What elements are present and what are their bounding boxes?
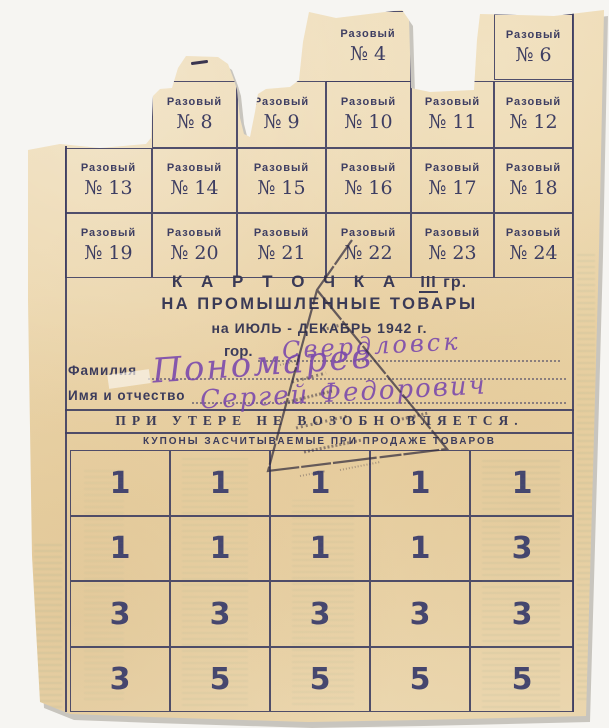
coupon-number: № 15 — [257, 177, 305, 199]
coupon-type-label: Разовый — [341, 227, 396, 239]
card-period: на ИЮЛЬ - ДЕКАБРЬ 1942 г. — [66, 320, 573, 336]
coupon-number: № 24 — [509, 242, 557, 264]
coupon-type-label: Разовый — [254, 227, 309, 239]
value-cell: 5 — [170, 647, 270, 712]
coupon-12: Разовый № 12 — [494, 81, 573, 148]
scanned-ration-card: Разовый № 4 Разовый № 6 Разовый № 8 Разо… — [0, 0, 609, 728]
coupon-10: Разовый № 10 — [326, 81, 411, 148]
value-cell: 5 — [470, 647, 574, 712]
coupon-number: № 12 — [509, 111, 557, 133]
value-cell: 1 — [370, 516, 470, 581]
coupon-type-label: Разовый — [506, 162, 561, 174]
coupon-number: № 19 — [84, 242, 132, 264]
value-cell: 3 — [70, 647, 170, 712]
coupon-type-label: Разовый — [506, 29, 561, 41]
coupon-number: № 6 — [515, 44, 551, 66]
value-cell: 1 — [70, 450, 170, 516]
coupon-type-label: Разовый — [506, 227, 561, 239]
coupon-number: № 8 — [176, 111, 212, 133]
coupon-type-label: Разовый — [340, 28, 395, 40]
pen-dash-mark — [191, 60, 208, 65]
coupon-number: № 11 — [428, 111, 476, 133]
value-cell: 1 — [270, 516, 370, 581]
value-cell: 1 — [370, 450, 470, 516]
card-left-border — [65, 146, 67, 712]
coupon-16: Разовый № 16 — [326, 148, 411, 213]
coupon-type-label: Разовый — [81, 162, 136, 174]
value-cell: 1 — [470, 450, 574, 516]
coupon-type-label: Разовый — [425, 162, 480, 174]
coupon-19: Разовый № 19 — [65, 213, 152, 278]
coupon-8: Разовый № 8 — [152, 81, 237, 148]
coupon-number: № 10 — [344, 111, 392, 133]
group-numeral: III — [419, 274, 437, 293]
coupon-4: Разовый № 4 — [326, 11, 411, 82]
name-patronymic-label: Имя и отчество — [68, 388, 186, 403]
notice-top-rule — [65, 409, 574, 411]
coupon-number: № 16 — [344, 177, 392, 199]
value-cell: 3 — [170, 581, 270, 647]
value-cell: 1 — [170, 516, 270, 581]
coupon-number: № 17 — [428, 177, 476, 199]
coupon-type-label: Разовый — [254, 162, 309, 174]
coupon-number: № 23 — [428, 242, 476, 264]
group-suffix: гр. — [443, 274, 467, 291]
coupon-number: № 22 — [344, 242, 392, 264]
coupon-number: № 18 — [509, 177, 557, 199]
coupon-11: Разовый № 11 — [411, 81, 494, 148]
coupon-17: Разовый № 17 — [411, 148, 494, 213]
ration-card-paper: Разовый № 4 Разовый № 6 Разовый № 8 Разо… — [0, 0, 609, 728]
bleed-through — [34, 540, 62, 708]
notice-not-renewable: ПРИ УТЕРЕ НЕ ВОЗОБНОВЛЯЕТСЯ. — [66, 413, 573, 429]
coupon-14: Разовый № 14 — [152, 148, 237, 213]
coupon-21: Разовый № 21 — [237, 213, 326, 278]
value-cell: 3 — [70, 581, 170, 647]
coupon-type-label: Разовый — [254, 96, 309, 108]
notice-coupons-counted: КУПОНЫ ЗАСЧИТЫВАЕМЫЕ ПРИ ПРОДАЖЕ ТОВАРОВ — [66, 436, 573, 447]
value-cell: 1 — [170, 450, 270, 516]
coupon-type-label: Разовый — [425, 96, 480, 108]
coupon-type-label: Разовый — [506, 96, 561, 108]
coupon-number: № 20 — [170, 242, 218, 264]
coupon-type-label: Разовый — [167, 96, 222, 108]
value-cell: 3 — [470, 581, 574, 647]
coupon-type-label: Разовый — [167, 227, 222, 239]
coupon-9: Разовый № 9 — [237, 81, 326, 148]
coupon-18: Разовый № 18 — [494, 148, 573, 213]
coupon-number: № 21 — [257, 242, 305, 264]
coupon-type-label: Разовый — [341, 162, 396, 174]
value-cell: 5 — [370, 647, 470, 712]
coupon-13: Разовый № 13 — [65, 148, 152, 213]
coupon-number: № 13 — [84, 177, 132, 199]
value-cell: 3 — [370, 581, 470, 647]
coupon-number: № 14 — [170, 177, 218, 199]
coupon-20: Разовый № 20 — [152, 213, 237, 278]
coupon-type-label: Разовый — [425, 227, 480, 239]
coupon-15: Разовый № 15 — [237, 148, 326, 213]
coupon-6: Разовый № 6 — [494, 14, 573, 80]
value-cell: 1 — [270, 450, 370, 516]
value-cell: 3 — [270, 581, 370, 647]
coupon-type-label: Разовый — [81, 227, 136, 239]
coupon-number: № 9 — [263, 111, 299, 133]
value-cell: 3 — [470, 516, 574, 581]
value-cell: 5 — [270, 647, 370, 712]
card-title: К А Р Т О Ч К А III гр. — [66, 272, 573, 292]
surname-label: Фамилия — [68, 363, 137, 378]
coupon-number: № 4 — [350, 43, 386, 65]
value-cell: 1 — [70, 516, 170, 581]
notice-bottom-rule — [65, 432, 574, 434]
coupon-23: Разовый № 23 — [411, 213, 494, 278]
coupon-type-label: Разовый — [167, 162, 222, 174]
coupon-22: Разовый № 22 — [326, 213, 411, 278]
coupon-24: Разовый № 24 — [494, 213, 573, 278]
card-subtitle: НА ПРОМЫШЛЕННЫЕ ТОВАРЫ — [66, 295, 573, 314]
card-title-text: К А Р Т О Ч К А — [172, 272, 402, 291]
coupon-type-label: Разовый — [341, 96, 396, 108]
